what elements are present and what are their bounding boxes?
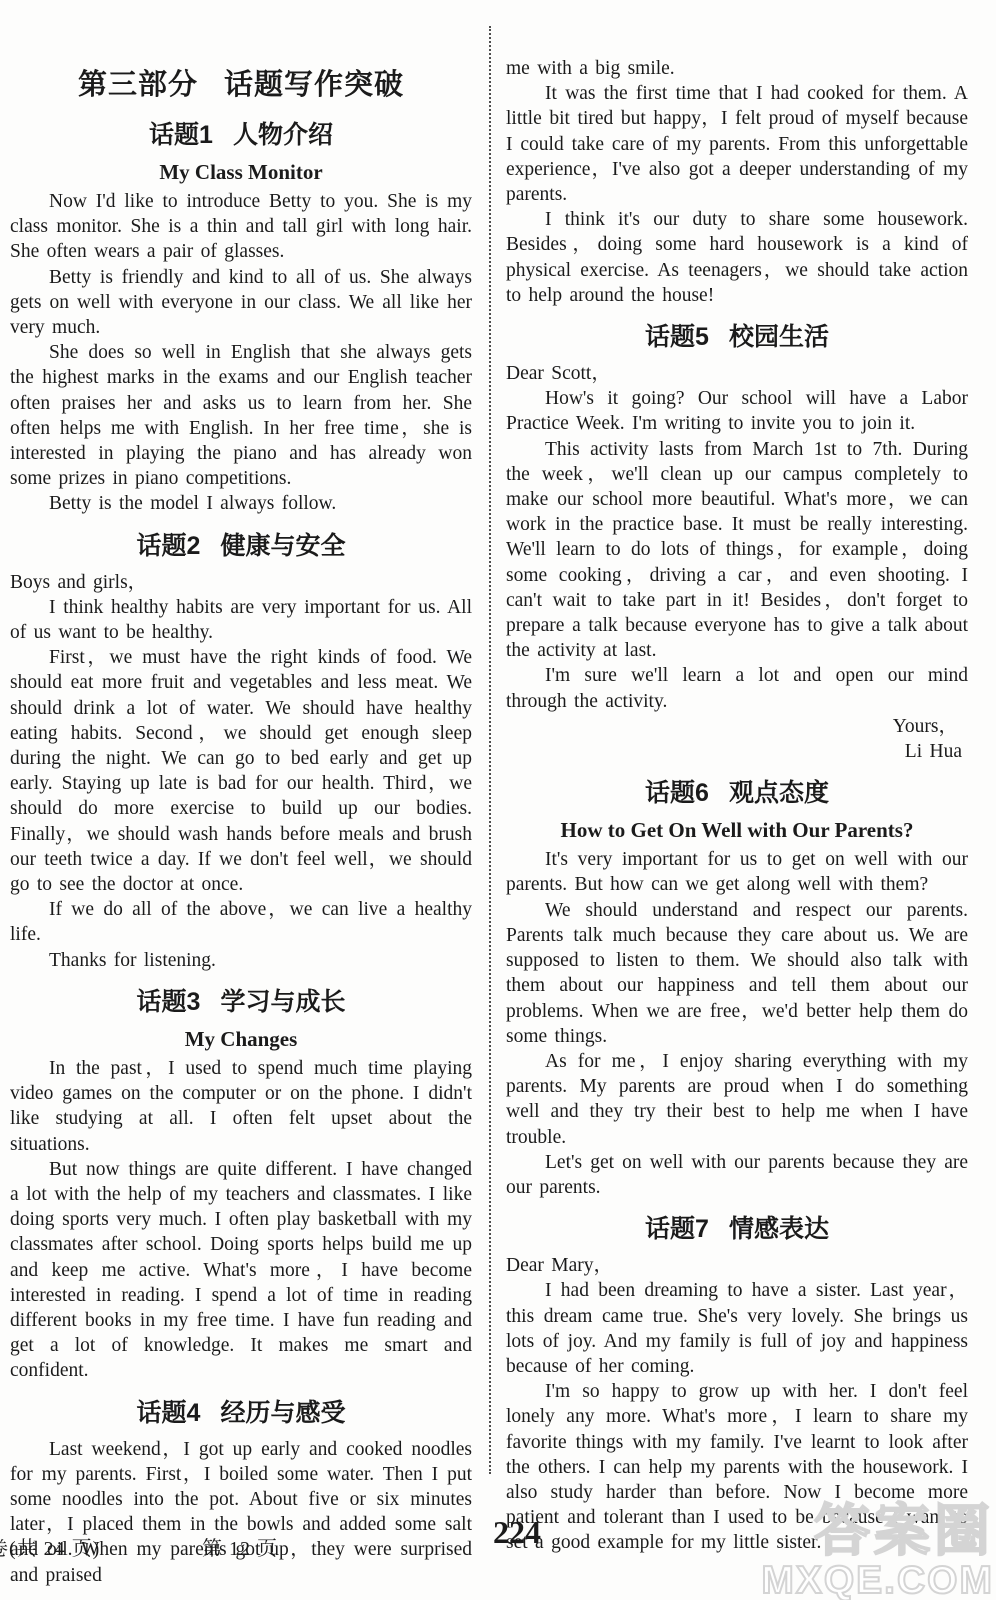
topic2-heading: 话题2健康与安全 — [10, 531, 472, 561]
topic1-paragraph-4: Betty is the model I always follow. — [10, 491, 472, 516]
topic6-paragraph-3: As for me，I enjoy sharing everything wit… — [506, 1049, 968, 1150]
topic5-paragraph-2: This activity lasts from March 1st to 7t… — [506, 437, 968, 664]
topic6-essay-title: How to Get On Well with Our Parents? — [506, 817, 968, 843]
topic4-paragraph-1: Last weekend，I got up early and cooked n… — [10, 1437, 472, 1588]
topic6-title: 观点态度 — [729, 779, 829, 807]
topic1-heading: 话题1人物介绍 — [10, 120, 472, 150]
topic5-paragraph-1: How's it going? Our school will have a L… — [506, 386, 968, 436]
topic5-closing: Yours， — [506, 714, 968, 739]
topic2-salutation: Boys and girls， — [10, 570, 472, 595]
topic3-heading: 话题3学习与成长 — [10, 987, 472, 1017]
topic1-paragraph-2: Betty is friendly and kind to all of us.… — [10, 265, 472, 341]
topic2-paragraph-2: First，we must have the right kinds of fo… — [10, 645, 472, 897]
topic6-heading: 话题6观点态度 — [506, 778, 968, 808]
topic6-paragraph-1: It's very important for us to get on wel… — [506, 847, 968, 897]
topic1-paragraph-3: She does so well in English that she alw… — [10, 340, 472, 491]
topic5-label: 话题5 — [645, 323, 709, 351]
topic7-heading: 话题7情感表达 — [506, 1214, 968, 1244]
topic7-title: 情感表达 — [729, 1215, 829, 1243]
topic7-paragraph-1: I had been dreaming to have a sister. La… — [506, 1278, 968, 1379]
watermark: 答案圈 MXQE.COM — [761, 1503, 994, 1600]
topic3-title: 学习与成长 — [220, 988, 345, 1016]
part-title: 第三部分话题写作突破 — [10, 68, 472, 102]
topic7-salutation: Dear Mary， — [506, 1253, 968, 1278]
topic4-paragraph-1-continuation: me with a big smile. — [506, 56, 968, 81]
topic1-title: 人物介绍 — [233, 121, 333, 149]
topic6-label: 话题6 — [645, 779, 709, 807]
topic1-essay-title: My Class Monitor — [10, 159, 472, 185]
topic2-paragraph-4: Thanks for listening. — [10, 948, 472, 973]
topic6-paragraph-2: We should understand and respect our par… — [506, 898, 968, 1049]
topic6-paragraph-4: Let's get on well with our parents becau… — [506, 1150, 968, 1200]
topic7-label: 话题7 — [645, 1215, 709, 1243]
topic4-paragraph-2: It was the first time that I had cooked … — [506, 81, 968, 207]
watermark-site-url: MXQE.COM — [761, 1561, 994, 1600]
topic1-paragraph-1: Now I'd like to introduce Betty to you. … — [10, 189, 472, 265]
textbook-page: 第三部分话题写作突破 话题1人物介绍 My Class Monitor Now … — [0, 0, 996, 1600]
topic3-paragraph-1: In the past，I used to spend much time pl… — [10, 1056, 472, 1157]
topic5-salutation: Dear Scott， — [506, 361, 968, 386]
topic5-paragraph-3: I'm sure we'll learn a lot and open our … — [506, 663, 968, 713]
footer-page-label: 第 12 页 — [140, 1532, 340, 1561]
topic3-essay-title: My Changes — [10, 1026, 472, 1052]
topic2-paragraph-1: I think healthy habits are very importan… — [10, 595, 472, 645]
topic2-paragraph-3: If we do all of the above，we can live a … — [10, 897, 472, 947]
right-column: me with a big smile. It was the first ti… — [506, 56, 968, 1556]
topic4-heading: 话题4经历与感受 — [10, 1398, 472, 1428]
topic4-title: 经历与感受 — [220, 1399, 345, 1427]
part-title-number: 第三部分 — [78, 69, 198, 101]
topic5-title: 校园生活 — [729, 323, 829, 351]
topic2-label: 话题2 — [137, 532, 201, 560]
topic3-paragraph-2: But now things are quite different. I ha… — [10, 1157, 472, 1384]
left-column: 第三部分话题写作突破 话题1人物介绍 My Class Monitor Now … — [10, 56, 472, 1588]
topic3-label: 话题3 — [137, 988, 201, 1016]
topic5-heading: 话题5校园生活 — [506, 322, 968, 352]
footer-total-pages: 卷(共 24 页) — [0, 1532, 100, 1561]
topic4-label: 话题4 — [137, 1399, 201, 1427]
topic1-label: 话题1 — [149, 121, 213, 149]
column-divider — [489, 26, 491, 1474]
watermark-logo-text: 答案圈 — [761, 1503, 994, 1559]
part-title-text: 话题写作突破 — [224, 69, 404, 101]
topic5-signature: Li Hua — [506, 739, 968, 764]
topic2-title: 健康与安全 — [220, 532, 345, 560]
topic4-paragraph-3: I think it's our duty to share some hous… — [506, 207, 968, 308]
book-page-number: 224 — [462, 1514, 572, 1551]
